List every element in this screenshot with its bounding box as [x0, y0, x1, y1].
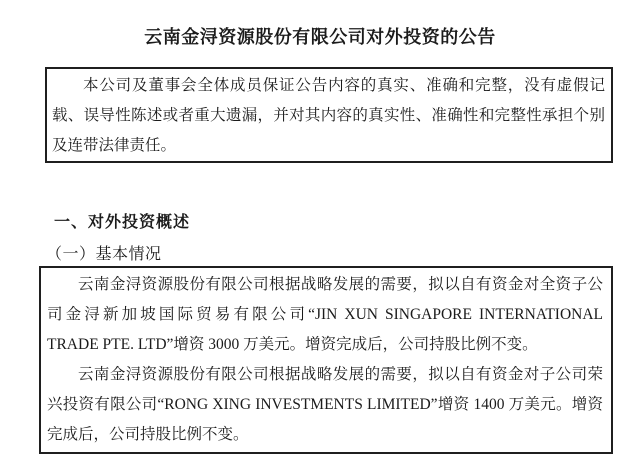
- disclaimer-text: 本公司及董事会全体成员保证公告内容的真实、准确和完整，没有虚假记载、误导性陈述或…: [52, 71, 605, 161]
- investment-details-box: 云南金浔资源股份有限公司根据战略发展的需要，拟以自有资金对全资子公司金浔新加坡国…: [39, 266, 613, 454]
- investment-paragraph-rongxing: 云南金浔资源股份有限公司根据战略发展的需要，拟以自有资金对子公司荣兴投资有限公司…: [47, 360, 603, 450]
- announcement-document: 云南金浔资源股份有限公司对外投资的公告 本公司及董事会全体成员保证公告内容的真实…: [0, 0, 640, 469]
- investment-paragraph-singapore: 云南金浔资源股份有限公司根据战略发展的需要，拟以自有资金对全资子公司金浔新加坡国…: [47, 270, 603, 360]
- disclaimer-box: 本公司及董事会全体成员保证公告内容的真实、准确和完整，没有虚假记载、误导性陈述或…: [45, 67, 613, 163]
- section-heading-investment-overview: 一、对外投资概述: [54, 209, 190, 232]
- subsection-heading-basic-info: （一）基本情况: [46, 241, 162, 264]
- page-title: 云南金浔资源股份有限公司对外投资的公告: [0, 23, 640, 49]
